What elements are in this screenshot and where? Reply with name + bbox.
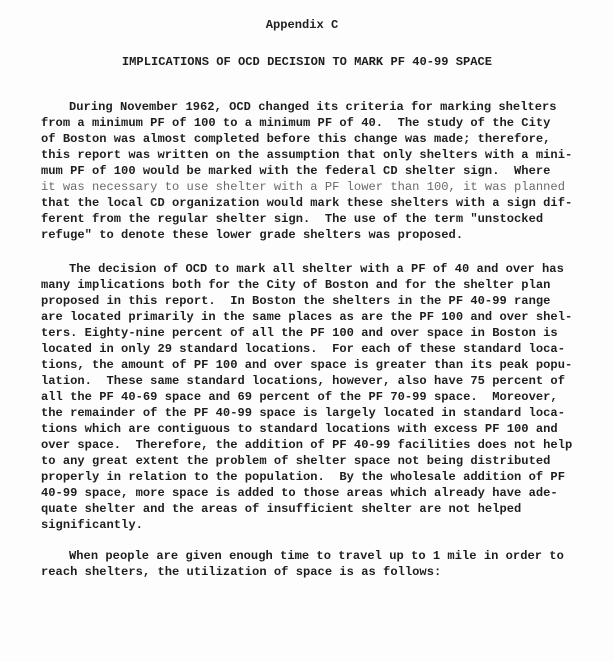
- text-line: When people are given enough time to tra…: [69, 548, 564, 564]
- text-line: properly in relation to the population. …: [41, 469, 565, 485]
- text-line: all the PF 40-69 space and 69 percent of…: [41, 389, 558, 405]
- document-title: IMPLICATIONS OF OCD DECISION TO MARK PF …: [0, 55, 614, 69]
- text-line: significantly.: [41, 517, 143, 533]
- text-line: it was necessary to use shelter with a P…: [41, 179, 565, 195]
- text-line: from a minimum PF of 100 to a minimum PF…: [41, 115, 550, 131]
- text-line: proposed in this report. In Boston the s…: [41, 293, 550, 309]
- text-line: mum PF of 100 would be marked with the f…: [41, 163, 550, 179]
- document-page: Appendix C IMPLICATIONS OF OCD DECISION …: [0, 0, 614, 662]
- text-line: lation. These same standard locations, h…: [41, 373, 565, 389]
- text-line: this report was written on the assumptio…: [41, 147, 572, 163]
- text-line: reach shelters, the utilization of space…: [41, 564, 441, 580]
- text-line: that the local CD organization would mar…: [41, 195, 572, 211]
- appendix-label: Appendix C: [0, 18, 609, 32]
- text-line: quate shelter and the areas of insuffici…: [41, 501, 521, 517]
- text-line: tions which are contiguous to standard l…: [41, 421, 558, 437]
- text-line: ters. Eighty-nine percent of all the PF …: [41, 325, 558, 341]
- text-line: The decision of OCD to mark all shelter …: [69, 261, 564, 277]
- text-line: over space. Therefore, the addition of P…: [41, 437, 572, 453]
- text-line: to any great extent the problem of shelt…: [41, 453, 550, 469]
- text-line: the remainder of the PF 40-99 space is l…: [41, 405, 565, 421]
- text-line: 40-99 space, more space is added to thos…: [41, 485, 558, 501]
- text-line: located in only 29 standard locations. F…: [41, 341, 565, 357]
- text-line: many implications both for the City of B…: [41, 277, 550, 293]
- text-line: refuge" to denote these lower grade shel…: [41, 227, 463, 243]
- text-line: During November 1962, OCD changed its cr…: [69, 99, 557, 115]
- text-line: of Boston was almost completed before th…: [41, 131, 550, 147]
- text-line: tions, the amount of PF 100 and over spa…: [41, 357, 572, 373]
- text-line: ferent from the regular shelter sign. Th…: [41, 211, 543, 227]
- text-line: are located primarily in the same places…: [41, 309, 572, 325]
